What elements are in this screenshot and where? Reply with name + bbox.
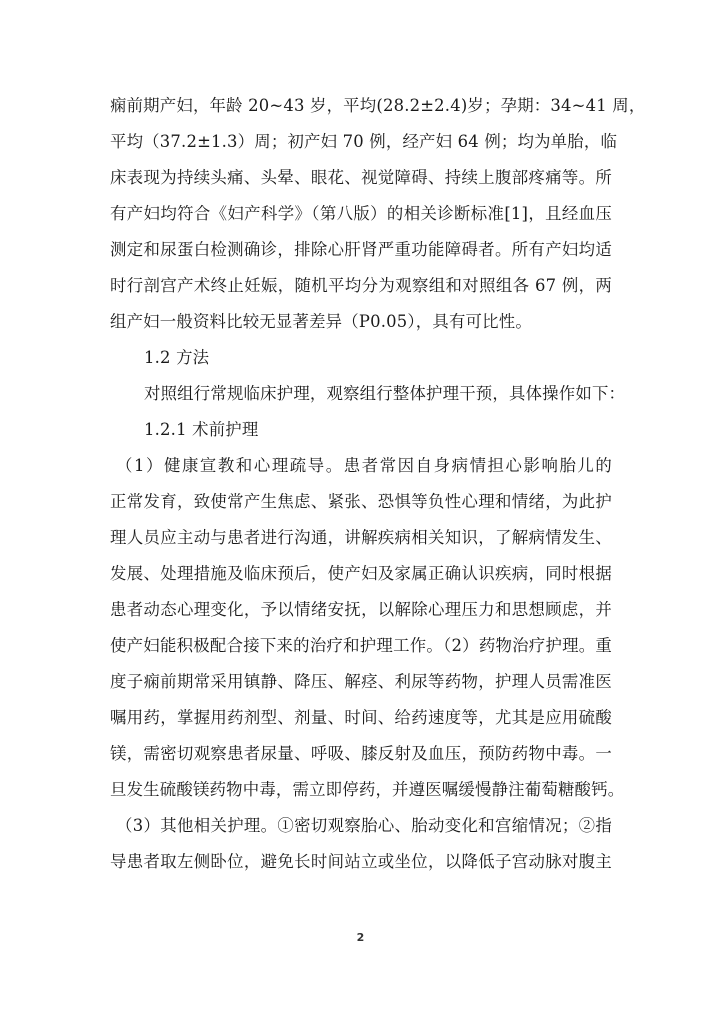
paragraph-line: 导患者取左侧卧位，避免长时间站立或坐位，以降低子宫动脉对腹主 [110,844,612,880]
paragraph-line: 正常发育，致使常产生焦虑、紧张、恐惧等负性心理和情绪，为此护 [110,484,612,520]
paragraph-line: 旦发生硫酸镁药物中毒，需立即停药，并遵医嘱缓慢静注葡萄糖酸钙。 [110,772,612,808]
document-page: 痫前期产妇，年龄 20~43 岁，平均(28.2±2.4)岁；孕期：34~41 … [0,0,721,1020]
body-text: 痫前期产妇，年龄 20~43 岁，平均(28.2±2.4)岁；孕期：34~41 … [110,88,612,880]
paragraph-line: 痫前期产妇，年龄 20~43 岁，平均(28.2±2.4)岁；孕期：34~41 … [110,88,612,124]
section-heading: 1.2 方法 [110,340,612,376]
paragraph-line: 理人员应主动与患者进行沟通，讲解疾病相关知识，了解病情发生、 [110,520,612,556]
paragraph-line: 测定和尿蛋白检测确诊，排除心肝肾严重功能障碍者。所有产妇均适 [110,232,612,268]
paragraph-line: 度子痫前期常采用镇静、降压、解痉、利尿等药物，护理人员需准医 [110,664,612,700]
paragraph-line: 时行剖宫产术终止妊娠，随机平均分为观察组和对照组各 67 例，两 [110,268,612,304]
paragraph-line: 发展、处理措施及临床预后，使产妇及家属正确认识疾病，同时根据 [110,556,612,592]
page-number: 2 [0,931,721,944]
subsection-heading: 1.2.1 术前护理 [110,412,612,448]
paragraph-line: 嘱用药，掌握用药剂型、剂量、时间、给药速度等，尤其是应用硫酸 [110,700,612,736]
paragraph-line: （1）健康宣教和心理疏导。患者常因自身病情担心影响胎儿的 [110,448,612,484]
paragraph-line: （3）其他相关护理。①密切观察胎心、胎动变化和宫缩情况；②指 [110,808,612,844]
paragraph-line: 使产妇能积极配合接下来的治疗和护理工作。（2）药物治疗护理。重 [110,628,612,664]
paragraph-line: 镁，需密切观察患者尿量、呼吸、膝反射及血压，预防药物中毒。一 [110,736,612,772]
paragraph-line: 平均（37.2±1.3）周；初产妇 70 例，经产妇 64 例；均为单胎，临 [110,124,612,160]
paragraph-line: 对照组行常规临床护理，观察组行整体护理干预，具体操作如下： [110,376,612,412]
paragraph-line: 组产妇一般资料比较无显著差异（P0.05），具有可比性。 [110,304,612,340]
paragraph-line: 有产妇均符合《妇产科学》（第八版）的相关诊断标准[1]，且经血压 [110,196,612,232]
paragraph-line: 床表现为持续头痛、头晕、眼花、视觉障碍、持续上腹部疼痛等。所 [110,160,612,196]
paragraph-line: 患者动态心理变化，予以情绪安抚，以解除心理压力和思想顾虑，并 [110,592,612,628]
